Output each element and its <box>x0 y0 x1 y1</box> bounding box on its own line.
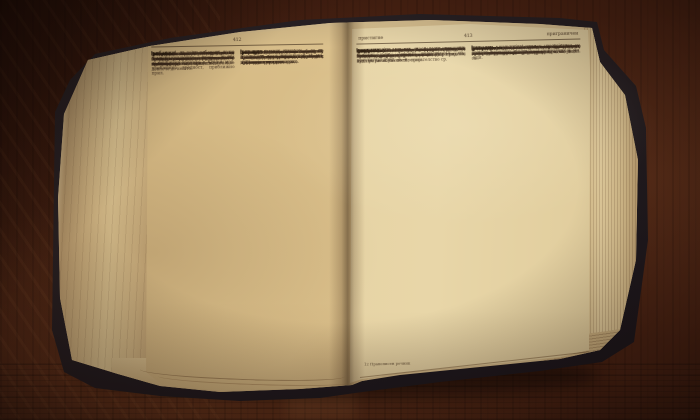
right-page-column-1: Пристигне гл. св. -ам, дојде до целта, с… <box>356 45 472 372</box>
page-edges-left-foredge <box>58 46 152 388</box>
left-page-text: приближи 412 Приближи гл. св. -ам, 1. да… <box>151 37 329 372</box>
signature-footer: 12 Правописен речник <box>364 360 410 366</box>
left-page-columns: Приближи гл. св. -ам, 1. да дојде поблис… <box>151 48 329 372</box>
photo-open-book-on-table: приближи 412 Приближи гл. св. -ам, 1. да… <box>0 0 700 420</box>
right-page-text: пристигне 413 приграничен Пристигне гл. … <box>356 32 588 373</box>
right-page-columns: Пристигне гл. св. -ам, дојде до целта, с… <box>356 42 587 372</box>
right-page-column-2: Приватен прид. -тна, -тно, privat; личен… <box>471 42 587 369</box>
right-running-head-right: приграничен <box>547 32 579 39</box>
left-page-column-1: Приближи гл. св. -ам, 1. да дојде поблис… <box>151 49 240 371</box>
left-page-column-2: Приклучи гл. св. -ам, додаде, приврзе; —… <box>240 48 329 370</box>
open-book: приближи 412 Приближи гл. св. -ам, 1. да… <box>0 0 700 420</box>
